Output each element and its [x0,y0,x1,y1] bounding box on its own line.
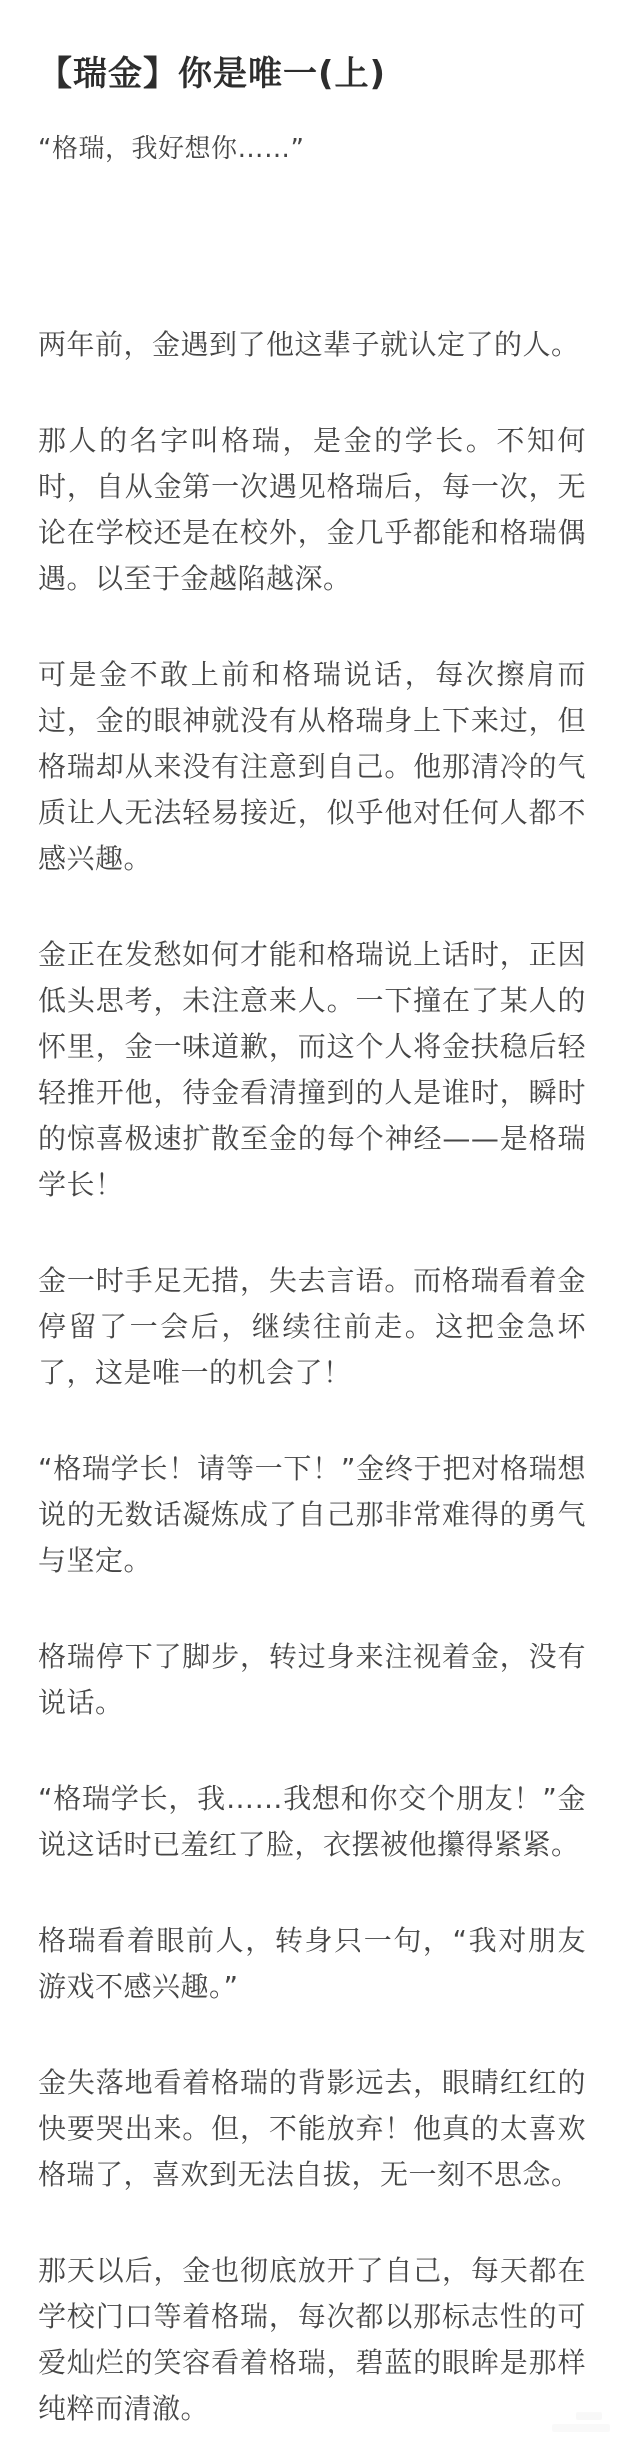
paragraph: “格瑞，我好想你……” [38,126,586,172]
paragraph: 格瑞看着眼前人，转身只一句，“我对朋友游戏不感兴趣。” [38,1918,586,2010]
story-page: 【瑞金】你是唯一(上) “格瑞，我好想你……” 两年前，金遇到了他这辈子就认定了… [0,0,624,2450]
page-title: 【瑞金】你是唯一(上) [38,0,586,98]
paragraph: 金失落地看着格瑞的背影远去，眼睛红红的快要哭出来。但，不能放弃！他真的太喜欢格瑞… [38,2060,586,2198]
paragraph: 两年前，金遇到了他这辈子就认定了的人。 [38,322,586,368]
paragraph: 格瑞停下了脚步，转过身来注视着金，没有说话。 [38,1634,586,1726]
paragraph: 可是金不敢上前和格瑞说话，每次擦肩而过，金的眼神就没有从格瑞身上下来过，但格瑞却… [38,652,586,882]
paragraph: 金正在发愁如何才能和格瑞说上话时，正因低头思考，未注意来人。一下撞在了某人的怀里… [38,932,586,1208]
paragraph: 那人的名字叫格瑞，是金的学长。不知何时，自从金第一次遇见格瑞后，每一次，无论在学… [38,418,586,602]
paragraph: “格瑞学长，我……我想和你交个朋友！”金说这话时已羞红了脸，衣摆被他攥得紧紧。 [38,1776,586,1868]
paragraph: 那天以后，金也彻底放开了自己，每天都在学校门口等着格瑞，每次都以那标志性的可爱灿… [38,2248,586,2432]
watermark-smudge [552,2424,610,2432]
watermark-smudge [576,2412,602,2420]
paragraph: 金一时手足无措，失去言语。而格瑞看着金停留了一会后，继续往前走。这把金急坏了，这… [38,1258,586,1396]
watermark [552,2412,610,2432]
paragraph: “格瑞学长！请等一下！”金终于把对格瑞想说的无数话凝炼成了自己那非常难得的勇气与… [38,1446,586,1584]
